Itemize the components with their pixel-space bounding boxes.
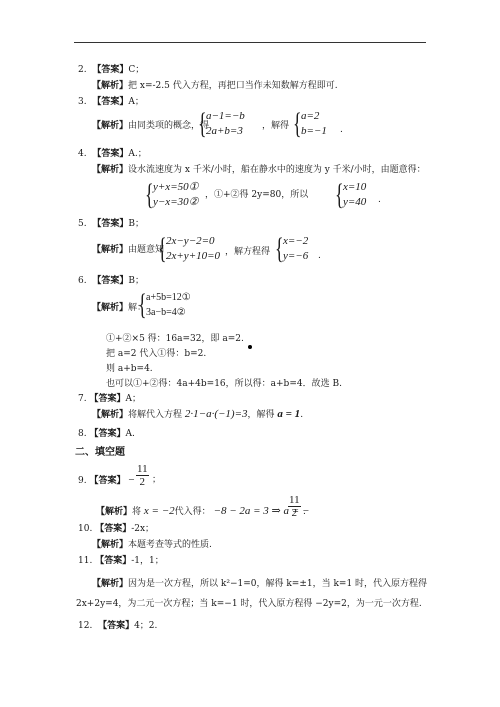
semicolon: ； <box>152 474 161 486</box>
result: a = 1 <box>277 408 300 420</box>
item-number: 2. <box>78 65 87 75</box>
item-number: 3. <box>78 97 87 107</box>
equation: y=−6 <box>283 249 308 264</box>
answer-tag: 【答案】 <box>92 219 128 229</box>
equation: y=40 <box>343 195 366 210</box>
period: . <box>378 194 381 206</box>
answer-tag: 【答案】 <box>92 276 128 286</box>
equation: x = −2 <box>144 505 175 517</box>
answer-tag: 【答案】 <box>89 394 125 404</box>
item-5-mid: ，解方程得 <box>225 246 270 258</box>
analysis-text: 将 <box>132 507 141 517</box>
item-number: 8. <box>78 429 87 439</box>
answer-fraction: 11 2 <box>136 463 149 488</box>
equation: 2·1−a·(−1)=3 <box>185 408 248 420</box>
item-number: 11. <box>78 556 92 566</box>
analysis-tag: 【解析】 <box>92 540 128 550</box>
item-number: 12. <box>78 621 92 631</box>
analysis-tag: 【解析】 <box>92 579 128 589</box>
answer-value: A. <box>125 429 134 439</box>
analysis-tag: 【解析】 <box>96 507 132 517</box>
item-number: 9. <box>78 476 87 486</box>
analysis-fraction: 11 2 <box>288 494 301 519</box>
answer-value: B； <box>128 219 144 229</box>
answer-tag: 【答案】 <box>92 65 128 75</box>
item-7-answer: 7. 【答案】A； <box>78 393 141 405</box>
answer-value: 4；2. <box>134 621 157 631</box>
equation: y+x=50① <box>153 180 198 195</box>
analysis-text: 因为是一次方程，所以 k²−1=0，解得 k=±1，当 k=1 时，代入原方程得 <box>128 579 427 589</box>
item-4-analysis: 【解析】设水流速度为 x 千米/小时，船在静水中的速度为 y 千米/小时，由题意… <box>92 164 426 176</box>
item-5-answer: 5. 【答案】B； <box>78 218 144 230</box>
answer-value: C； <box>128 65 144 75</box>
bullet-dot <box>248 345 252 349</box>
analysis-tag: 【解析】 <box>92 245 128 255</box>
analysis-text: 代入得： <box>175 507 211 517</box>
analysis-tag: 【解析】 <box>92 81 128 91</box>
analysis-text: 由同类项的概念，得 <box>128 121 209 131</box>
item-number: 4. <box>78 149 87 159</box>
item-9-analysis: 【解析】将 x = −2代入得： −8 − 2a = 3 ⇒ a = − <box>96 505 309 518</box>
item-11-analysis: 【解析】因为是一次方程，所以 k²−1=0，解得 k=±1，当 k=1 时，代入… <box>92 578 427 590</box>
answer-tag: 【答案】 <box>95 524 131 534</box>
equation: b=−1 <box>301 124 327 139</box>
equation: 2x+y+10=0 <box>166 249 220 264</box>
equation: x=−2 <box>283 234 308 249</box>
answer-tag: 【答案】 <box>92 97 128 107</box>
item-3-mid: ，解得 <box>262 120 289 132</box>
minus-sign: − <box>128 474 134 486</box>
answer-value: A.； <box>128 149 146 159</box>
analysis-text: 把 x=-2.5 代入方程，再把口当作未知数解方程即可. <box>128 81 338 91</box>
answer-tag: 【答案】 <box>89 429 125 439</box>
item-8-answer: 8. 【答案】A. <box>78 428 135 440</box>
item-3-analysis: 【解析】由同类项的概念，得 <box>92 120 209 132</box>
section-title: 二、填空题 <box>75 443 125 458</box>
numerator: 11 <box>288 494 301 507</box>
answer-value: A； <box>125 394 141 404</box>
numerator: 11 <box>136 463 149 476</box>
item-7-analysis: 【解析】将解代入方程 2·1−a·(−1)=3，解得 a = 1. <box>92 408 303 421</box>
answer-tag: 【答案】 <box>92 149 128 159</box>
equation: a+5b=12① <box>146 290 191 305</box>
answer-tag: 【答案】 <box>98 621 134 631</box>
analysis-tag: 【解析】 <box>92 410 128 420</box>
answer-value: A； <box>128 97 144 107</box>
item-2-analysis: 【解析】把 x=-2.5 代入方程，再把口当作未知数解方程即可. <box>92 80 338 92</box>
period: . <box>303 506 306 518</box>
denominator: 2 <box>136 476 149 488</box>
item-4-answer: 4. 【答案】A.； <box>78 148 147 160</box>
item-9-answer: 9. 【答案】 − <box>78 474 135 487</box>
item-number: 10. <box>78 524 92 534</box>
analysis-text-continued: 2x+2y=4，为二元一次方程；当 k=−1 时，代入原方程得 −2y=2，为一… <box>76 598 422 610</box>
solution-step: 把 a=2 代入①得：b=2. <box>106 348 206 360</box>
equation: x=10 <box>343 180 366 195</box>
period: . <box>300 410 303 420</box>
answer-value: B； <box>128 276 144 286</box>
item-11-answer: 11. 【答案】-1，1； <box>78 555 164 567</box>
answer-tag: 【答案】 <box>89 476 125 486</box>
period: . <box>318 250 321 262</box>
analysis-tag: 【解析】 <box>92 121 128 131</box>
item-2-answer: 2. 【答案】C； <box>78 64 144 76</box>
equation: y−x=30② <box>153 195 198 210</box>
item-number: 6. <box>78 276 87 286</box>
equation: 3a−b=4② <box>146 305 191 320</box>
item-4-mid: ，①+②得 2y=80，所以 <box>205 189 308 201</box>
item-3-answer: 3. 【答案】A； <box>78 96 144 108</box>
analysis-tag: 【解析】 <box>92 303 128 313</box>
analysis-tag: 【解析】 <box>92 165 128 175</box>
answer-value: -1，1； <box>131 556 164 566</box>
item-6-answer: 6. 【答案】B； <box>78 275 144 287</box>
equation: 2x−y−2=0 <box>166 234 220 249</box>
analysis-text: 本题考查等式的性质. <box>128 540 212 550</box>
solution-step: 则 a+b=4. <box>106 363 153 375</box>
item-12-answer: 12. 【答案】4；2. <box>78 620 157 632</box>
analysis-text: ，解得 <box>248 410 275 420</box>
period: . <box>340 124 343 136</box>
analysis-text: 设水流速度为 x 千米/小时，船在静水中的速度为 y 千米/小时，由题意得： <box>128 165 426 175</box>
equation: a=2 <box>301 109 327 124</box>
solution-step: ①+②×5 得：16a=32，即 a=2. <box>106 333 244 345</box>
equation: a−1=−b <box>206 109 245 124</box>
equation: 2a+b=3 <box>206 124 245 139</box>
solution-step: 也可以①+②得：4a+4b=16，所以得：a+b=4．故选 B. <box>106 378 342 390</box>
item-number: 7. <box>78 394 87 404</box>
header-rule <box>74 42 426 43</box>
analysis-text: 将解代入方程 <box>128 410 182 420</box>
item-number: 5. <box>78 219 87 229</box>
item-10-analysis: 【解析】本题考查等式的性质. <box>92 539 212 551</box>
item-5-analysis: 【解析】由题意知 <box>92 244 164 256</box>
answer-tag: 【答案】 <box>95 556 131 566</box>
denominator: 2 <box>288 507 301 519</box>
answer-value: -2x； <box>131 524 154 534</box>
item-10-answer: 10. 【答案】-2x； <box>78 523 154 535</box>
